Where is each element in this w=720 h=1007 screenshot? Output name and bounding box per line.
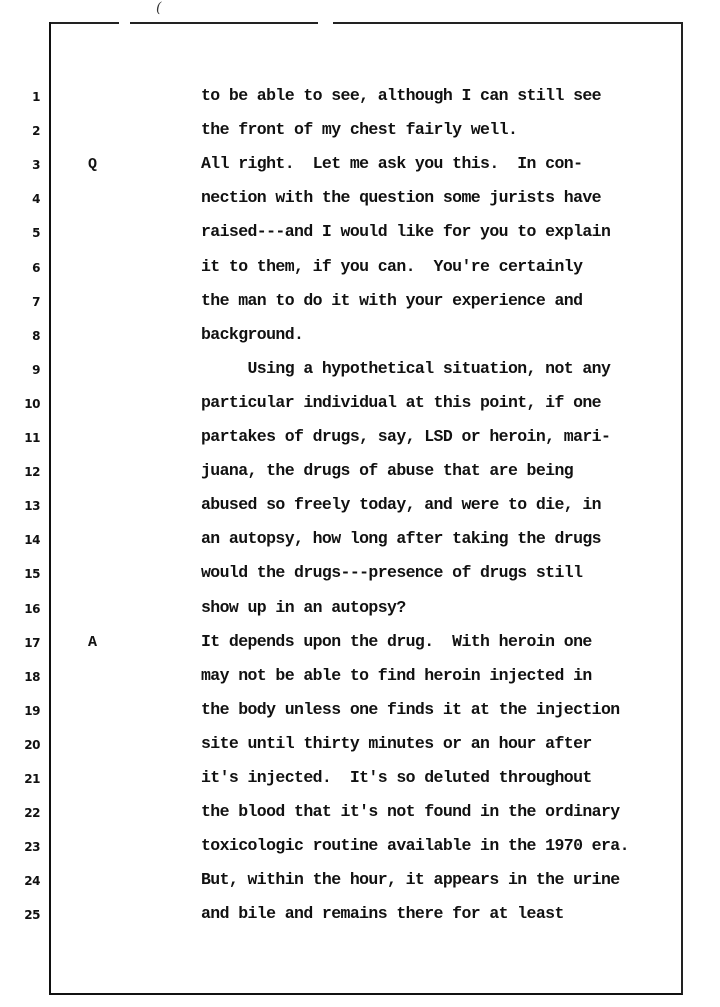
transcript-line: to be able to see, although I can still …	[201, 86, 601, 105]
transcript-line: raised---and I would like for you to exp…	[201, 222, 610, 241]
transcript-line: the front of my chest fairly well.	[201, 120, 517, 139]
transcript-line: would the drugs---presence of drugs stil…	[201, 563, 582, 582]
line-number: 7	[12, 295, 40, 309]
transcript-line: It depends upon the drug. With heroin on…	[201, 632, 592, 651]
transcript-line: it to them, if you can. You're certainly	[201, 257, 582, 276]
line-number: 21	[12, 772, 40, 786]
transcript-line: and bile and remains there for at least	[201, 904, 564, 923]
transcript-line: background.	[201, 325, 303, 344]
transcript-line: toxicologic routine available in the 197…	[201, 836, 629, 855]
transcript-line: the man to do it with your experience an…	[201, 291, 582, 310]
line-number: 13	[12, 499, 40, 513]
answer-marker: A	[88, 634, 97, 651]
transcript-line: juana, the drugs of abuse that are being	[201, 461, 573, 480]
scan-mark: (	[156, 0, 161, 16]
line-number: 5	[12, 226, 40, 240]
transcript-line: an autopsy, how long after taking the dr…	[201, 529, 601, 548]
transcript-line: the blood that it's not found in the ord…	[201, 802, 620, 821]
transcript-line: All right. Let me ask you this. In con-	[201, 154, 582, 173]
line-number: 10	[12, 397, 40, 411]
transcript-line: partakes of drugs, say, LSD or heroin, m…	[201, 427, 610, 446]
line-number: 17	[12, 636, 40, 650]
line-number: 16	[12, 602, 40, 616]
line-number: 19	[12, 704, 40, 718]
transcript-line: Using a hypothetical situation, not any	[201, 359, 610, 378]
line-number: 2	[12, 124, 40, 138]
line-number: 18	[12, 670, 40, 684]
line-number: 6	[12, 261, 40, 275]
line-number: 20	[12, 738, 40, 752]
line-number: 25	[12, 908, 40, 922]
transcript-line: show up in an autopsy?	[201, 598, 406, 617]
line-number: 8	[12, 329, 40, 343]
transcript-line: But, within the hour, it appears in the …	[201, 870, 620, 889]
line-number: 22	[12, 806, 40, 820]
line-number: 4	[12, 192, 40, 206]
question-marker: Q	[88, 156, 97, 173]
transcript-line: the body unless one finds it at the inje…	[201, 700, 620, 719]
line-number: 12	[12, 465, 40, 479]
line-number: 1	[12, 90, 40, 104]
line-number: 9	[12, 363, 40, 377]
line-number: 3	[12, 158, 40, 172]
transcript-line: abused so freely today, and were to die,…	[201, 495, 601, 514]
transcript-line: may not be able to find heroin injected …	[201, 666, 592, 685]
transcript-line: particular individual at this point, if …	[201, 393, 601, 412]
line-number: 24	[12, 874, 40, 888]
line-number: 14	[12, 533, 40, 547]
line-number: 23	[12, 840, 40, 854]
transcript-line: it's injected. It's so deluted throughou…	[201, 768, 592, 787]
transcript-line: nection with the question some jurists h…	[201, 188, 601, 207]
line-number: 15	[12, 567, 40, 581]
transcript-line: site until thirty minutes or an hour aft…	[201, 734, 592, 753]
line-number: 11	[12, 431, 40, 445]
